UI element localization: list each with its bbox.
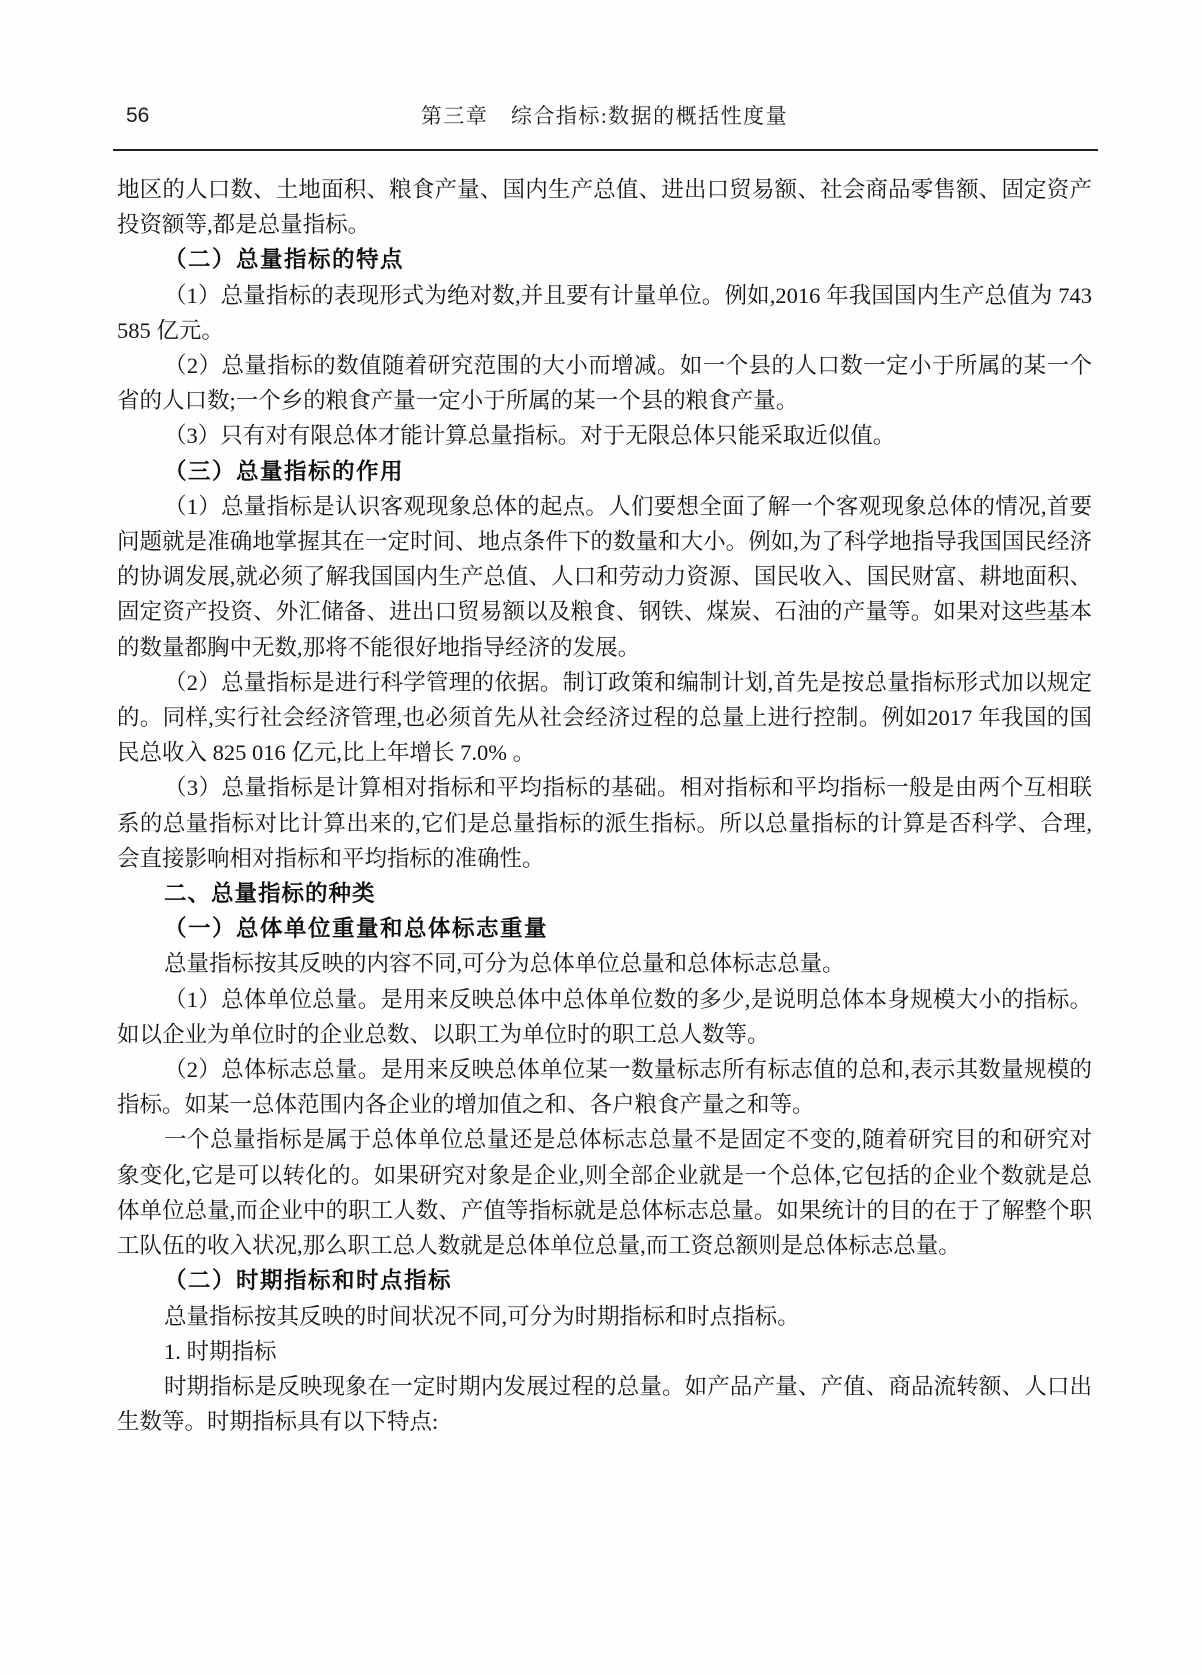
paragraph: （2）总量指标是进行科学管理的依据。制订政策和编制计划,首先是按总量指标形式加以… bbox=[117, 665, 1092, 771]
sub-heading: （二）时期指标和时点指标 bbox=[117, 1263, 1092, 1298]
paragraph: （2）总体标志总量。是用来反映总体单位某一数量标志所有标志值的总和,表示其数量规… bbox=[117, 1052, 1092, 1122]
header-rule bbox=[113, 149, 1098, 151]
section-heading: 二、总量指标的种类 bbox=[117, 876, 1092, 911]
paragraph: 一个总量指标是属于总体单位总量还是总体标志总量不是固定不变的,随着研究目的和研究… bbox=[117, 1122, 1092, 1263]
paragraph: （1）总体单位总量。是用来反映总体中总体单位数的多少,是说明总体本身规模大小的指… bbox=[117, 982, 1092, 1052]
sub-heading: （一）总体单位重量和总体标志重量 bbox=[117, 911, 1092, 946]
sub-heading: （三）总量指标的作用 bbox=[117, 454, 1092, 489]
paragraph: （3）只有对有限总体才能计算总量指标。对于无限总体只能采取近似值。 bbox=[117, 418, 1092, 453]
page-body: 地区的人口数、土地面积、粮食产量、国内生产总值、进出口贸易额、社会商品零售额、固… bbox=[117, 172, 1092, 1439]
paragraph: 地区的人口数、土地面积、粮食产量、国内生产总值、进出口贸易额、社会商品零售额、固… bbox=[117, 172, 1092, 242]
sub-heading: （二）总量指标的特点 bbox=[117, 242, 1092, 277]
paragraph: （3）总量指标是计算相对指标和平均指标的基础。相对指标和平均指标一般是由两个互相… bbox=[117, 770, 1092, 876]
paragraph: （2）总量指标的数值随着研究范围的大小而增减。如一个县的人口数一定小于所属的某一… bbox=[117, 348, 1092, 418]
book-page: 56 第三章 综合指标:数据的概括性度量 地区的人口数、土地面积、粮食产量、国内… bbox=[0, 0, 1202, 1675]
paragraph: （1）总量指标的表现形式为绝对数,并且要有计量单位。例如,2016 年我国国内生… bbox=[117, 278, 1092, 348]
paragraph: 总量指标按其反映的时间状况不同,可分为时期指标和时点指标。 bbox=[117, 1299, 1092, 1334]
paragraph: 时期指标是反映现象在一定时期内发展过程的总量。如产品产量、产值、商品流转额、人口… bbox=[117, 1369, 1092, 1439]
paragraph: 1. 时期指标 bbox=[117, 1334, 1092, 1369]
running-header-title: 第三章 综合指标:数据的概括性度量 bbox=[117, 103, 1092, 129]
paragraph: 总量指标按其反映的内容不同,可分为总体单位总量和总体标志总量。 bbox=[117, 946, 1092, 981]
paragraph: （1）总量指标是认识客观现象总体的起点。人们要想全面了解一个客观现象总体的情况,… bbox=[117, 489, 1092, 665]
